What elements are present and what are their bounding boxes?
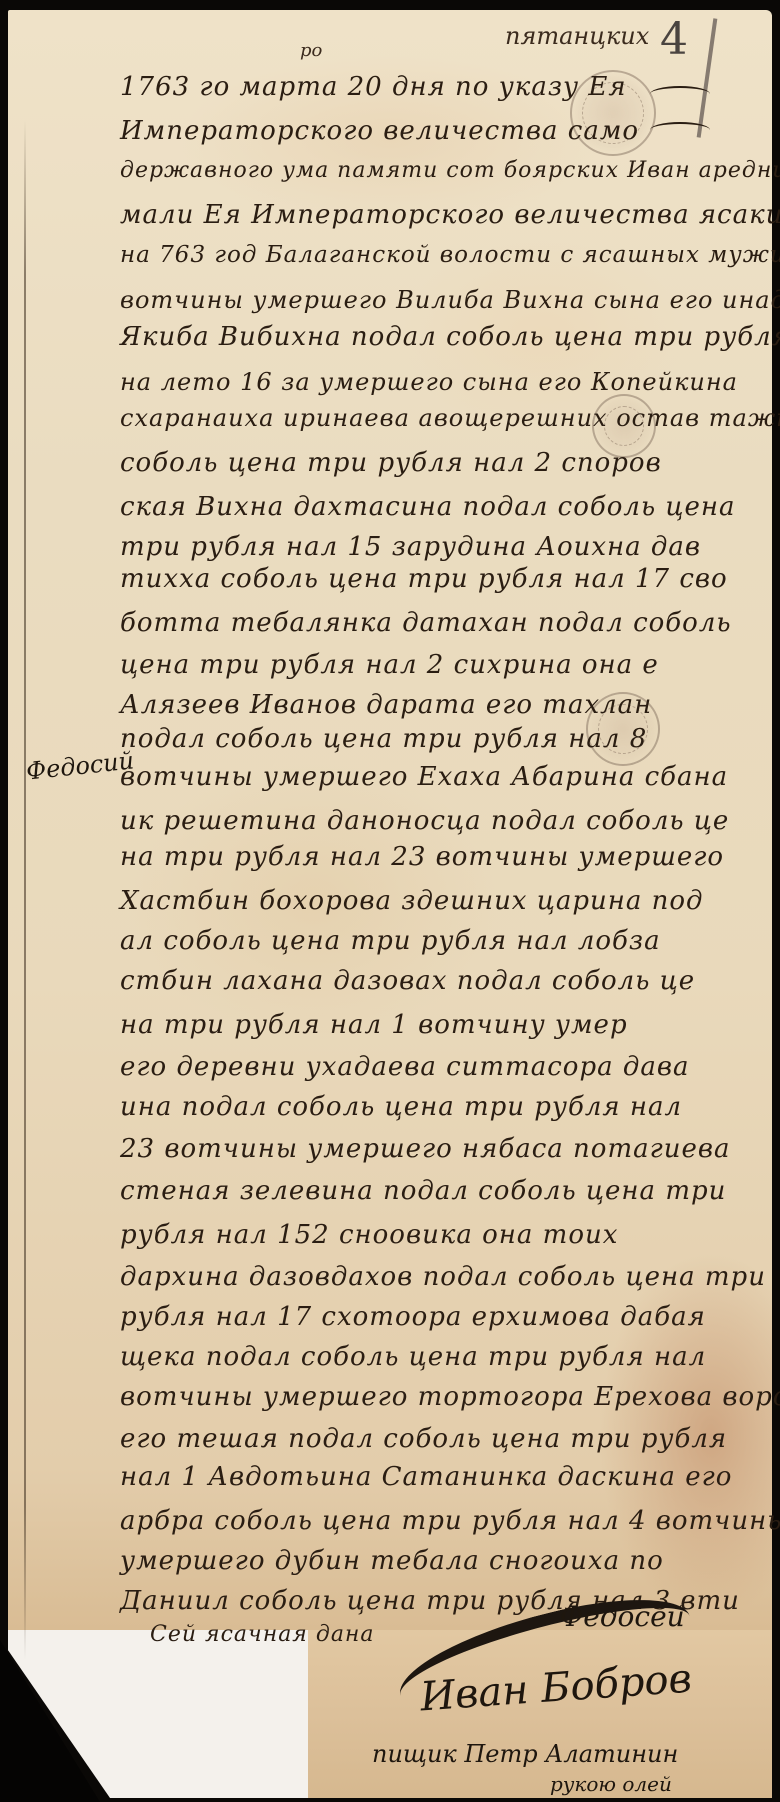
text-line: стбин лахана дазовах подал соболь це [120, 966, 695, 996]
text-line: тихха соболь цена три рубля нал 17 сво [120, 564, 728, 594]
text-line: Алязеев Иванов дарата его тахлан [120, 690, 652, 720]
text-line: нал 1 Авдотьина Сатанинка даскина его [120, 1462, 732, 1492]
text-line: дархина дазовдахов подал соболь цена три [120, 1262, 766, 1292]
text-line: 1763 го марта 20 дня по указу Ея [120, 72, 627, 102]
text-line: ина подал соболь цена три рубля нал [120, 1092, 682, 1122]
text-line: его деревни ухадаева ситтасора дава [120, 1052, 689, 1082]
scan-border-bottom [0, 1798, 780, 1802]
text-line: три рубля нал 15 зарудина Аоихна дав [120, 532, 701, 562]
text-line: схаранаиха иринаева авощерешних остав та… [120, 404, 780, 432]
text-line: арбра соболь цена три рубля нал 4 вотчин… [120, 1506, 780, 1536]
text-line: на лето 16 за умершего сына его Копейкин… [120, 368, 738, 396]
signature-3: пищик Петр Алатинин [372, 1740, 678, 1768]
text-line: ская Вихна дахтасина подал соболь цена [120, 492, 736, 522]
flourish-mark [650, 86, 710, 102]
text-line: на три рубля нал 23 вотчины умершего [120, 842, 724, 872]
superscript-note: ро [300, 40, 322, 61]
text-line: подал соболь цена три рубля нал 8 [120, 724, 647, 754]
text-line: Императорского величества само [120, 116, 639, 146]
text-line: Якиба Вибихна подал соболь цена три рубл… [120, 322, 780, 352]
text-line: вотчины умершего Ехаха Абарина сбана [120, 762, 728, 792]
folio-number: 4 [660, 14, 688, 65]
text-line: вотчины умершего тортогора Ерехова ворон… [120, 1382, 780, 1412]
text-line: рубля нал 152 сноовика она тоих [120, 1220, 618, 1250]
text-line: Сей ясачная дана [150, 1622, 375, 1647]
text-line: ботта тебалянка датахан подал соболь [120, 608, 732, 638]
text-line: ик решетина даноносца подал соболь це [120, 806, 729, 836]
signature-4: рукою олей [550, 1772, 672, 1796]
text-line: Хастбин бохорова здешних царина под [120, 886, 704, 916]
text-line: 23 вотчины умершего нябаса потагиева [120, 1134, 731, 1164]
text-line: державного ума памяти сот боярских Иван … [120, 158, 780, 183]
text-line: ал соболь цена три рубля нал лобза [120, 926, 661, 956]
text-line: стеная зелевина подал соболь цена три [120, 1176, 726, 1206]
text-line: соболь цена три рубля нал 2 споров [120, 448, 662, 478]
text-line: щека подал соболь цена три рубля нал [120, 1342, 706, 1372]
text-line: вотчины умершего Вилиба Вихна сына его и… [120, 286, 780, 314]
text-line: мали Ея Императорского величества ясаки [120, 200, 780, 230]
signature-1: Федосей [560, 1600, 685, 1633]
text-line: рубля нал 17 схотоора ерхимова дабая [120, 1302, 706, 1332]
text-line: его тешая подал соболь цена три рубля [120, 1424, 727, 1454]
text-line: на три рубля нал 1 вотчину умер [120, 1010, 628, 1040]
text-line: умершего дубин тебала сногоиха по [120, 1546, 664, 1576]
text-line: цена три рубля нал 2 сихрина она е [120, 650, 659, 680]
left-margin-line [24, 120, 26, 1660]
scan-border-top [0, 0, 780, 10]
top-right-note: пятанцких [505, 22, 649, 50]
text-line: на 763 год Балаганской волости с ясашных… [120, 242, 780, 268]
flourish-mark [650, 122, 710, 138]
